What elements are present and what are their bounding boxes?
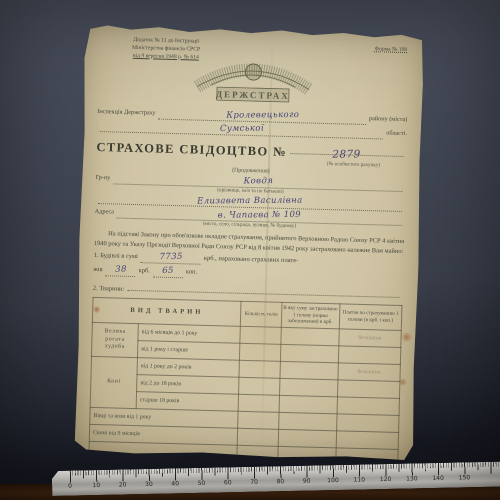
rub-label: крб.	[139, 267, 151, 274]
buildings-sum-blank: 7735	[141, 252, 201, 265]
stamp-emblem-icon	[245, 64, 261, 80]
table-cell-sum	[279, 378, 338, 397]
payments-prefix: жів	[93, 266, 103, 273]
animal-label-cell	[89, 441, 238, 462]
address-handwritten: в. Чапаєва № 109	[218, 211, 301, 220]
table-cell-sum	[277, 446, 336, 465]
rub-blank: 38	[105, 265, 135, 277]
animals-table: ВИД ТВАРИНКількість голівВ яку суму заст…	[88, 297, 402, 467]
table-cell-qty	[240, 343, 281, 361]
table-cell-qty	[239, 377, 280, 395]
table-header-cell: Кількість голів	[241, 301, 282, 327]
insurance-certificate-document: Додаток № 11 до Інструкції Міністерства …	[72, 24, 425, 463]
ruler-number: 80	[277, 478, 285, 485]
ruler-number: 100	[327, 477, 339, 484]
table-cell-qty	[237, 445, 278, 463]
photo-background: Додаток № 11 до Інструкції Міністерства …	[0, 0, 500, 500]
rub-handwritten: 38	[115, 266, 127, 275]
ruler-number: 150	[459, 474, 471, 481]
stamp-title: ДЕРЖСТРАХ	[216, 89, 290, 101]
table-cell-sum	[278, 429, 337, 448]
address-prefix: Адреса	[95, 208, 114, 215]
table-cell-sum	[278, 412, 337, 431]
ruler-number: 40	[171, 480, 179, 487]
kop-blank: 65	[153, 267, 183, 279]
table-cell-sum	[280, 327, 339, 346]
table-header-cell: В яку суму застраховано 1 голову (норма …	[281, 302, 340, 328]
ruler-number: 0	[68, 483, 72, 490]
table-cell-sum	[280, 361, 339, 380]
inspection-suffix: району (міста)	[369, 116, 407, 124]
table-cell-payment: безплатно	[339, 329, 402, 348]
surname-handwritten: Ковдя	[243, 177, 273, 186]
table-cell-payment	[336, 413, 399, 432]
citizen-prefix: Гр-ну	[96, 174, 111, 181]
document-body: Інспекція Держстраху Кролевецького район…	[88, 107, 408, 482]
table-cell-qty	[238, 411, 279, 429]
ruler-number: 90	[303, 478, 311, 485]
table-cell-payment	[338, 346, 401, 365]
name-handwritten: Елизавета Василівна	[197, 197, 303, 206]
table-header-cell: Платіж по страхуванню 1 голови (в крб. і…	[339, 304, 402, 330]
table-cell-payment: безплатно	[338, 363, 401, 382]
table-cell-payment	[336, 430, 399, 449]
table-cell-sum	[280, 344, 339, 363]
form-number: Форма № 198	[375, 46, 408, 53]
certificate-number: 2879	[332, 150, 360, 161]
table-cell-payment	[337, 396, 400, 415]
animals-heading: 2. Тварини:	[93, 285, 125, 293]
ruler-number: 110	[353, 476, 365, 483]
table-cell-sum	[279, 395, 338, 414]
table-cell-qty	[240, 326, 281, 344]
table-cell-qty	[239, 394, 280, 412]
table-cell-qty	[238, 428, 279, 446]
ruler-number: 50	[198, 480, 206, 487]
ruler-number: 10	[92, 482, 100, 489]
kop-label: коп.	[186, 268, 197, 275]
table-cell-payment	[335, 447, 398, 466]
ruler-number: 120	[380, 476, 392, 483]
ruler-number: 30	[145, 481, 153, 488]
buildings-sum-handwritten: 7735	[159, 253, 182, 262]
oblast-handwritten: Сумської	[220, 125, 264, 134]
animal-group-cell: Велика рогата худоба	[91, 322, 138, 357]
table-cell-qty	[239, 360, 280, 378]
ruler-number: 60	[224, 479, 232, 486]
ruler-number: 20	[119, 481, 127, 488]
oblast-label: області.	[386, 130, 407, 138]
rust-stain	[400, 332, 412, 342]
buildings-suffix: крб., нараховано страхових плате-	[204, 255, 299, 264]
ruler-number: 130	[406, 475, 418, 482]
animal-group-cell: Коні	[90, 356, 137, 408]
animals-table-body: Велика рогата худобавід 6 місяців до 1 р…	[89, 322, 401, 466]
buildings-prefix: 1. Будівлі в сумі	[94, 252, 138, 260]
certificate-number-blank: 2879	[290, 144, 404, 158]
ruler-number: 140	[432, 475, 444, 482]
ruler-number: 70	[250, 479, 258, 486]
inspection-prefix: Інспекція Держстраху	[97, 108, 155, 117]
derzhstrakh-stamp: ДЕРЖСТРАХ	[187, 48, 320, 105]
table-cell-payment	[337, 379, 400, 398]
district-handwritten: Кролевецького	[226, 111, 299, 120]
kop-handwritten: 65	[162, 267, 174, 276]
